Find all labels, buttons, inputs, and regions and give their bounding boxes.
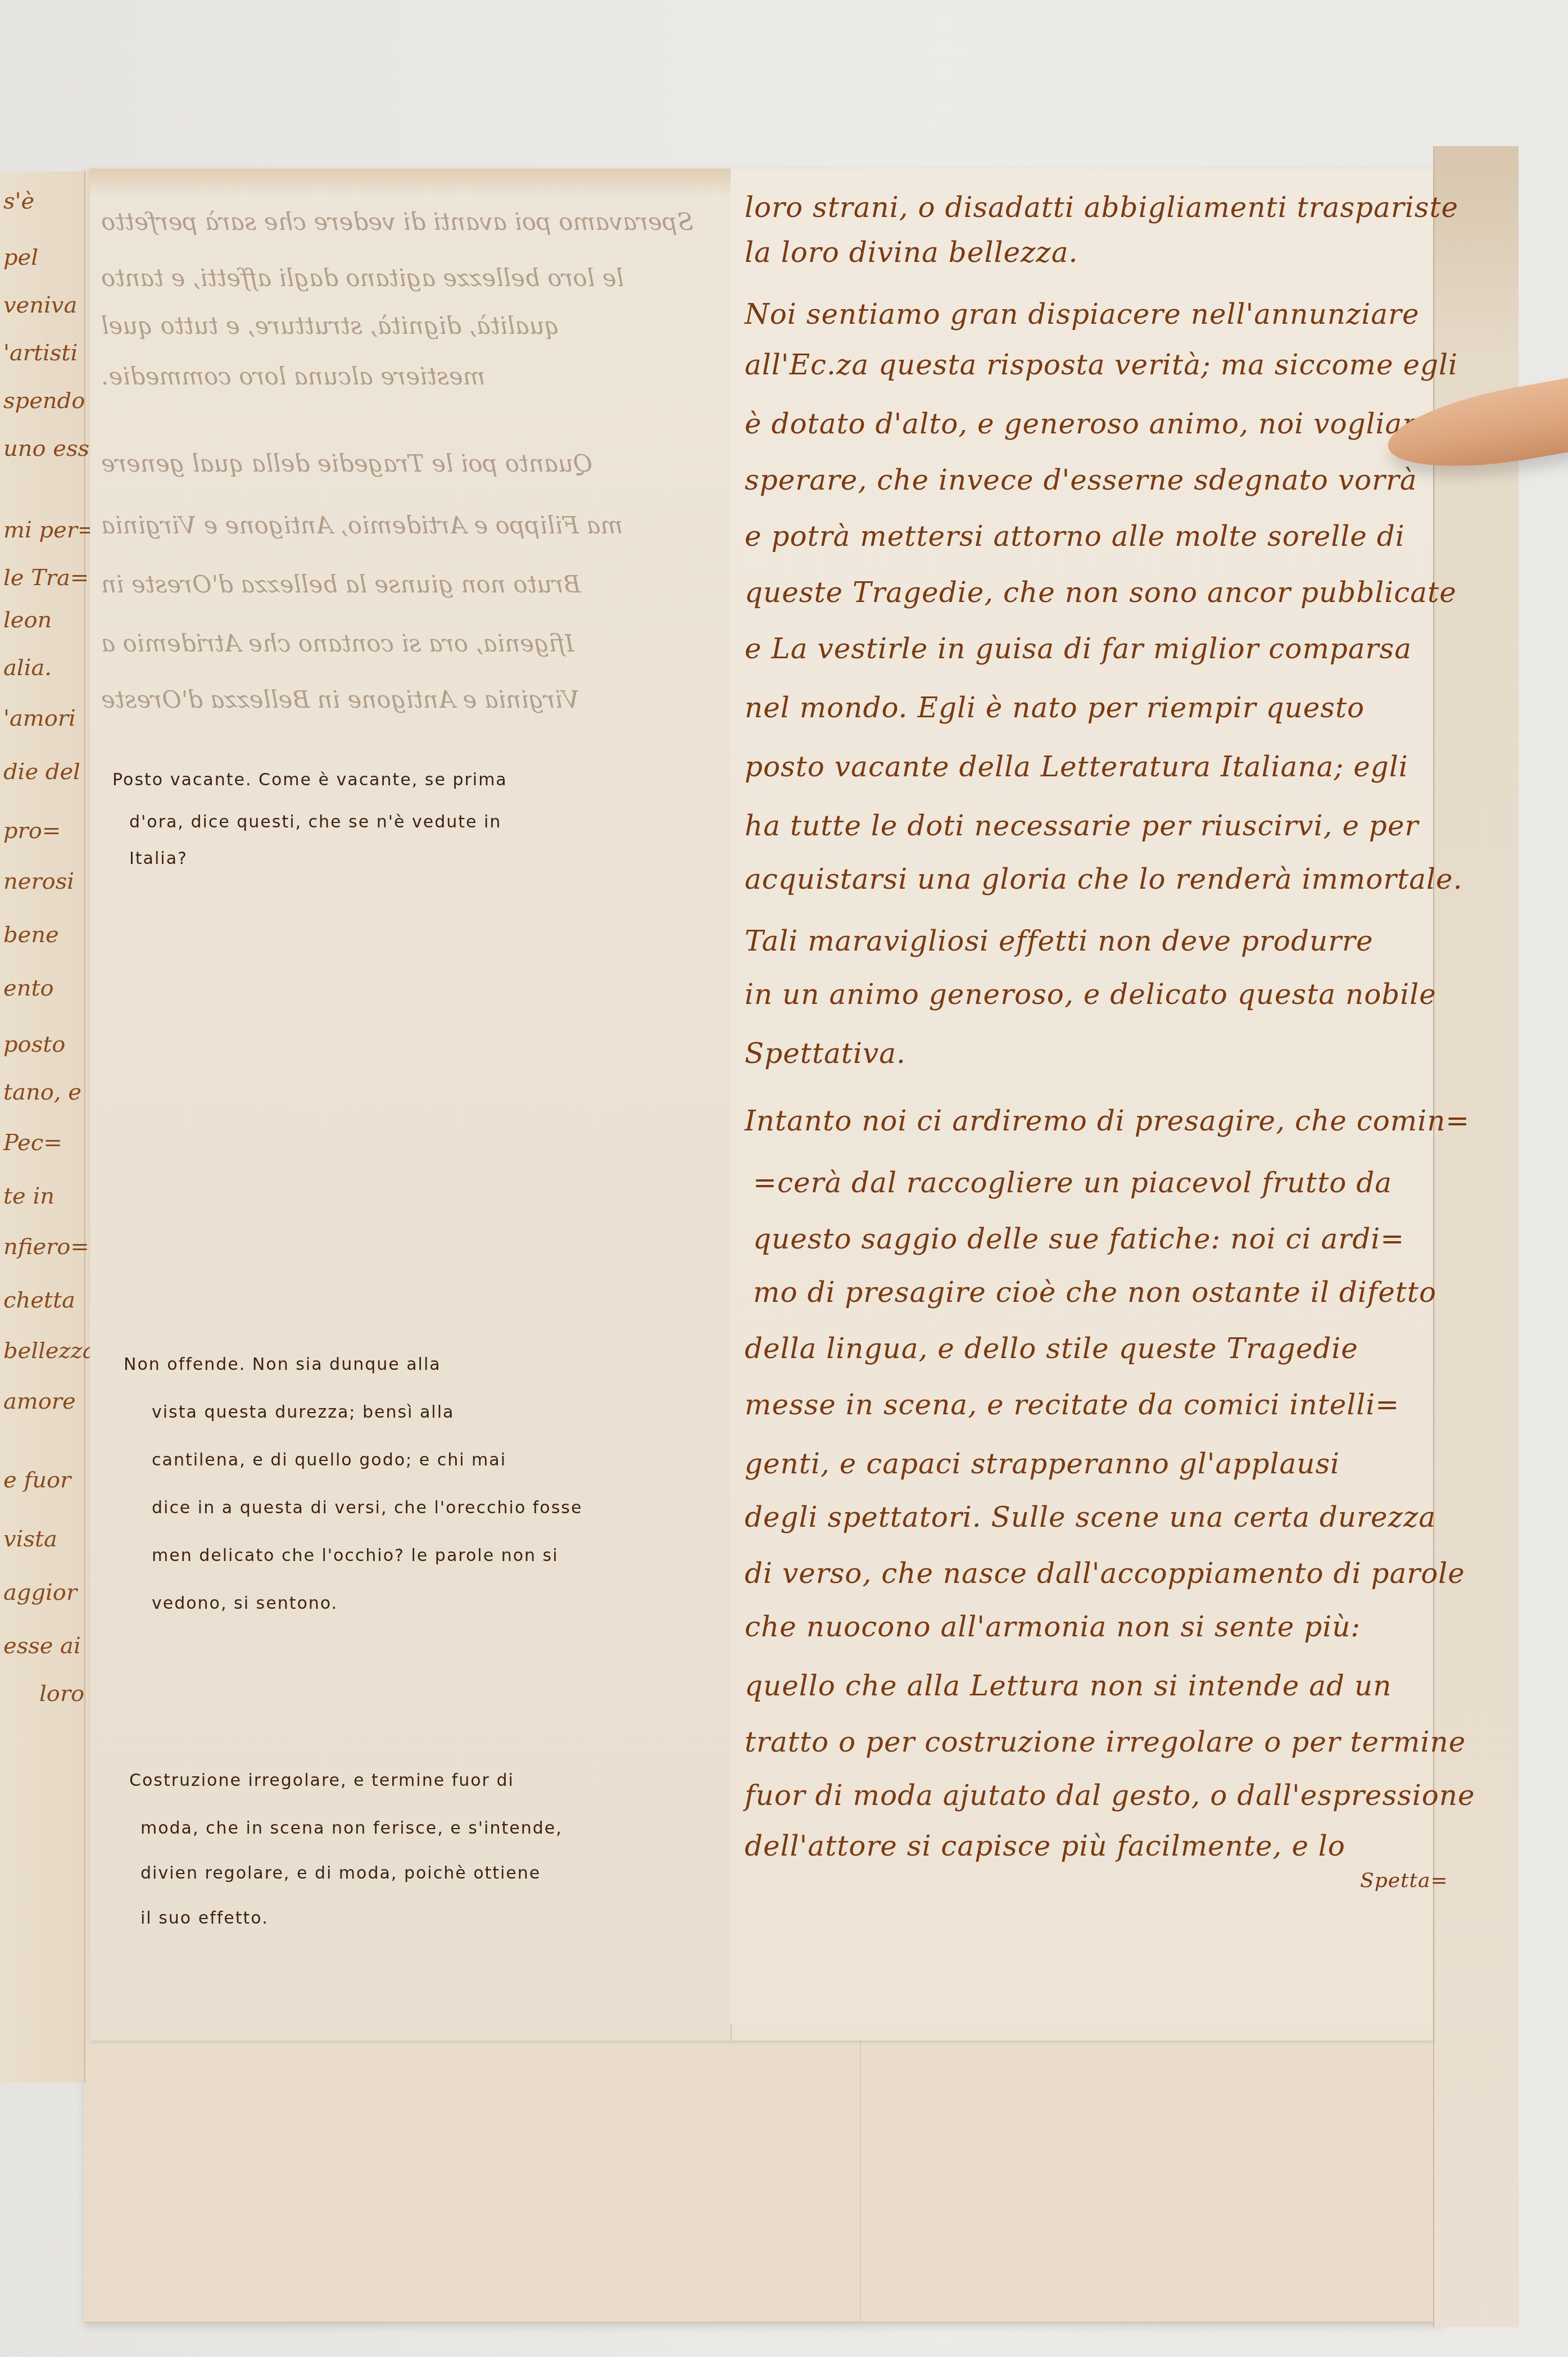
main-text-line: della lingua, e dello stile queste Trage…: [745, 1332, 1358, 1365]
main-text-line: Intanto noi ci ardiremo di presagire, ch…: [745, 1105, 1470, 1137]
left-page-fragment: 'artisti: [3, 340, 78, 366]
offset-ink-line: le loro bellezze agitano dagli affetti, …: [101, 264, 624, 292]
annotation-non-offende-line-1: Non offende. Non sia dunque alla: [124, 1355, 441, 1374]
left-page-fragment: spendo: [3, 388, 85, 414]
main-text-line: acquistarsi una gloria che lo renderà im…: [745, 863, 1463, 895]
annotation-costruzione-line-3: divien regolare, e di moda, poichè ottie…: [141, 1863, 541, 1883]
annotation-costruzione-line-1: Costruzione irregolare, e termine fuor d…: [129, 1771, 514, 1790]
left-page-fragment: chetta: [3, 1287, 75, 1313]
main-text-line: messe in scena, e recitate da comici int…: [745, 1388, 1399, 1421]
annotation-non-offende-line-5: men delicato che l'occhio? le parole non…: [152, 1546, 559, 1566]
left-page-fragment: e fuor: [3, 1467, 71, 1493]
left-page-fragment: bellezza: [3, 1338, 96, 1364]
left-page-fragment: pel: [3, 245, 38, 270]
main-text-line: questo saggio delle sue fatiche: noi ci …: [753, 1223, 1404, 1255]
annotation-column: Speravamo poi avanti di vedere che sarà …: [90, 169, 732, 2041]
left-page-fragment: tano, e: [3, 1079, 81, 1105]
main-text-line: all'Ec.za questa risposta verità; ma sic…: [745, 349, 1458, 381]
main-text-line: quello che alla Lettura non si intende a…: [745, 1670, 1392, 1702]
main-text-line: loro strani, o disadatti abbigliamenti t…: [745, 191, 1458, 224]
stain: [90, 169, 731, 197]
annotation-non-offende-line-3: cantilena, e di quello godo; e chi mai: [152, 1450, 506, 1470]
main-text-column: loro strani, o disadatti abbigliamenti t…: [731, 169, 1433, 2024]
main-text-line: Tali maravigliosi effetti non deve produ…: [745, 925, 1374, 957]
left-page-fragment: mi per=: [3, 517, 96, 543]
main-text-line: e potrà mettersi attorno alle molte sore…: [745, 520, 1405, 553]
annotation-non-offende-line-2: vista questa durezza; bensì alla: [152, 1403, 454, 1422]
manuscript-leaf: Speravamo poi avanti di vedere che sarà …: [90, 169, 1433, 2041]
annotation-posto-vacante-line-1: Posto vacante. Come è vacante, se prima: [112, 770, 507, 790]
left-page-fragment: aggior: [3, 1580, 77, 1605]
annotation-costruzione-line-4: il suo effetto.: [141, 1908, 269, 1928]
main-text-line: che nuocono all'armonia non si sente più…: [745, 1610, 1361, 1643]
left-page-fragment: loro: [39, 1681, 84, 1707]
left-page-fragment: vista: [3, 1526, 57, 1552]
main-text-line: ha tutte le doti necessarie per riuscirv…: [745, 809, 1419, 842]
main-text-line: posto vacante della Letteratura Italiana…: [745, 750, 1408, 783]
main-text-line: è dotato d'alto, e generoso animo, noi v…: [745, 408, 1447, 440]
main-text-line: dell'attore si capisce più facilmente, e…: [745, 1830, 1345, 1862]
left-page-fragment: posto: [3, 1032, 65, 1057]
left-page-fragment: alia.: [3, 655, 52, 681]
offset-ink-line: mestiere alcuna loro commedie.: [101, 363, 485, 390]
main-text-line: queste Tragedie, che non sono ancor pubb…: [745, 576, 1457, 609]
left-page-fragment: ento: [3, 975, 54, 1001]
left-page-fragment: pro=: [3, 818, 61, 844]
annotation-posto-vacante-line-2: d'ora, dice questi, che se n'è vedute in: [129, 812, 501, 832]
left-page-fragment: die del: [3, 759, 80, 785]
left-page-fragment: 'amori: [3, 705, 76, 731]
offset-ink-line: Speravamo poi avanti di vedere che sarà …: [101, 208, 694, 236]
main-text-line: nel mondo. Egli è nato per riempir quest…: [745, 691, 1365, 724]
left-page-fragment: leon: [3, 607, 52, 633]
left-page-fragment: s'è: [3, 188, 34, 214]
main-text-line: di verso, che nasce dall'accoppiamento d…: [745, 1557, 1465, 1590]
offset-ink-line: Ifigenia, ora si contano che Atridemio a: [101, 630, 574, 657]
left-page-fragment: veniva: [3, 292, 77, 318]
main-text-line: fuor di moda ajutato dal gesto, o dall'e…: [745, 1779, 1475, 1812]
annotation-non-offende-line-4: dice in a questa di versi, che l'orecchi…: [152, 1498, 582, 1518]
main-text-line: la loro divina bellezza.: [745, 236, 1078, 269]
main-text-line: tratto o per costruzione irregolare o pe…: [745, 1726, 1466, 1758]
main-text-line: Noi sentiamo gran dispiacere nell'annunz…: [745, 298, 1420, 331]
main-text-line: =cerà dal raccogliere un piacevol frutto…: [753, 1166, 1392, 1199]
left-page-fragment: te in: [3, 1183, 55, 1209]
left-page-fragment: nfiero=: [3, 1234, 89, 1260]
left-page-fragment: le Tra=: [3, 565, 89, 591]
left-page-fragment: esse ai: [3, 1633, 81, 1659]
main-text-line: Spettativa.: [745, 1037, 906, 1070]
main-text-line: mo di presagire cioè che non ostante il …: [753, 1276, 1436, 1309]
main-text-line: sperare, che invece d'esserne sdegnato v…: [745, 464, 1417, 496]
left-page-fragment: amore: [3, 1388, 76, 1414]
right-paper-flap: [1433, 146, 1519, 2327]
offset-ink-line: Virginia e Antigone in Bellezza d'Oreste: [101, 686, 579, 713]
main-text-line: e La vestirle in guisa di far miglior co…: [745, 632, 1412, 665]
annotation-non-offende-line-6: vedono, si sentono.: [152, 1594, 338, 1613]
offset-ink-line: ma Filippo e Artidemio, Antigone e Virgi…: [101, 512, 623, 539]
main-text-line: genti, e capaci strapperanno gl'applausi: [745, 1447, 1340, 1480]
left-adjacent-page: s'èpelveniva'artistispendouno essermi pe…: [0, 171, 85, 2083]
annotation-costruzione-line-2: moda, che in scena non ferisce, e s'inte…: [141, 1818, 563, 1838]
left-page-fragment: bene: [3, 922, 59, 948]
offset-ink-line: qualità, dignità, strutture, e tutto que…: [101, 312, 560, 340]
main-text-line: Spetta=: [1360, 1869, 1448, 1892]
main-text-line: degli spettatori. Sulle scene una certa …: [745, 1501, 1436, 1533]
offset-ink-line: Quanto poi le Tragedie della qual genere: [101, 450, 592, 477]
annotation-posto-vacante-line-3: Italia?: [129, 849, 188, 868]
left-page-fragment: nerosi: [3, 868, 74, 894]
left-page-fragment: Pec=: [3, 1130, 62, 1156]
main-text-line: in un animo generoso, e delicato questa …: [745, 978, 1436, 1011]
offset-ink-line: Bruto non giunse la bellezza d'Oreste in: [101, 571, 581, 598]
